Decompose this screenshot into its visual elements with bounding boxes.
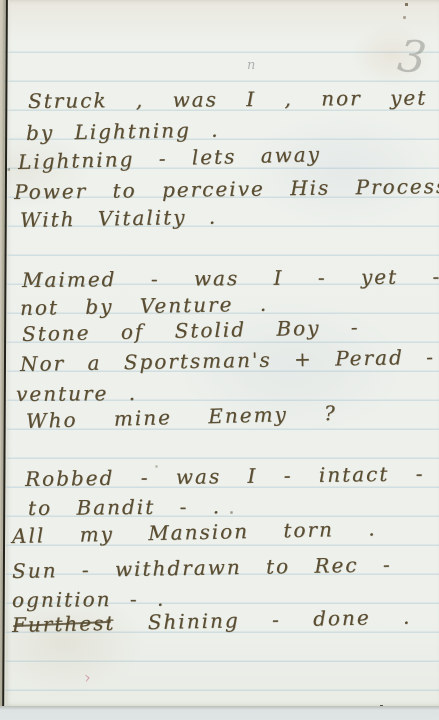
handwriting-line: Power to perceive His Process xyxy=(14,175,439,203)
handwriting-line: Struck , was I , nor yet - xyxy=(28,86,439,112)
pencil-mark: n xyxy=(247,58,255,73)
handwriting-line: by Lightning . xyxy=(26,119,220,144)
handwriting-line: With Vitality . xyxy=(20,206,218,231)
handwriting-line: Robbed - was I - intact - xyxy=(25,462,425,490)
handwriting-line: not by Venture . xyxy=(20,293,268,319)
dust-specks xyxy=(0,0,1,1)
scan-background-bottom xyxy=(0,706,439,720)
handwriting-line: venture . xyxy=(16,382,137,405)
handwriting-line: ognition - . xyxy=(12,588,165,611)
handwriting-line: Maimed - was I - yet - xyxy=(22,265,439,291)
handwriting-line: to Bandit - . xyxy=(28,495,221,519)
manuscript-scan: 3 n Struck , was I , nor yet - by Lightn… xyxy=(0,0,439,720)
